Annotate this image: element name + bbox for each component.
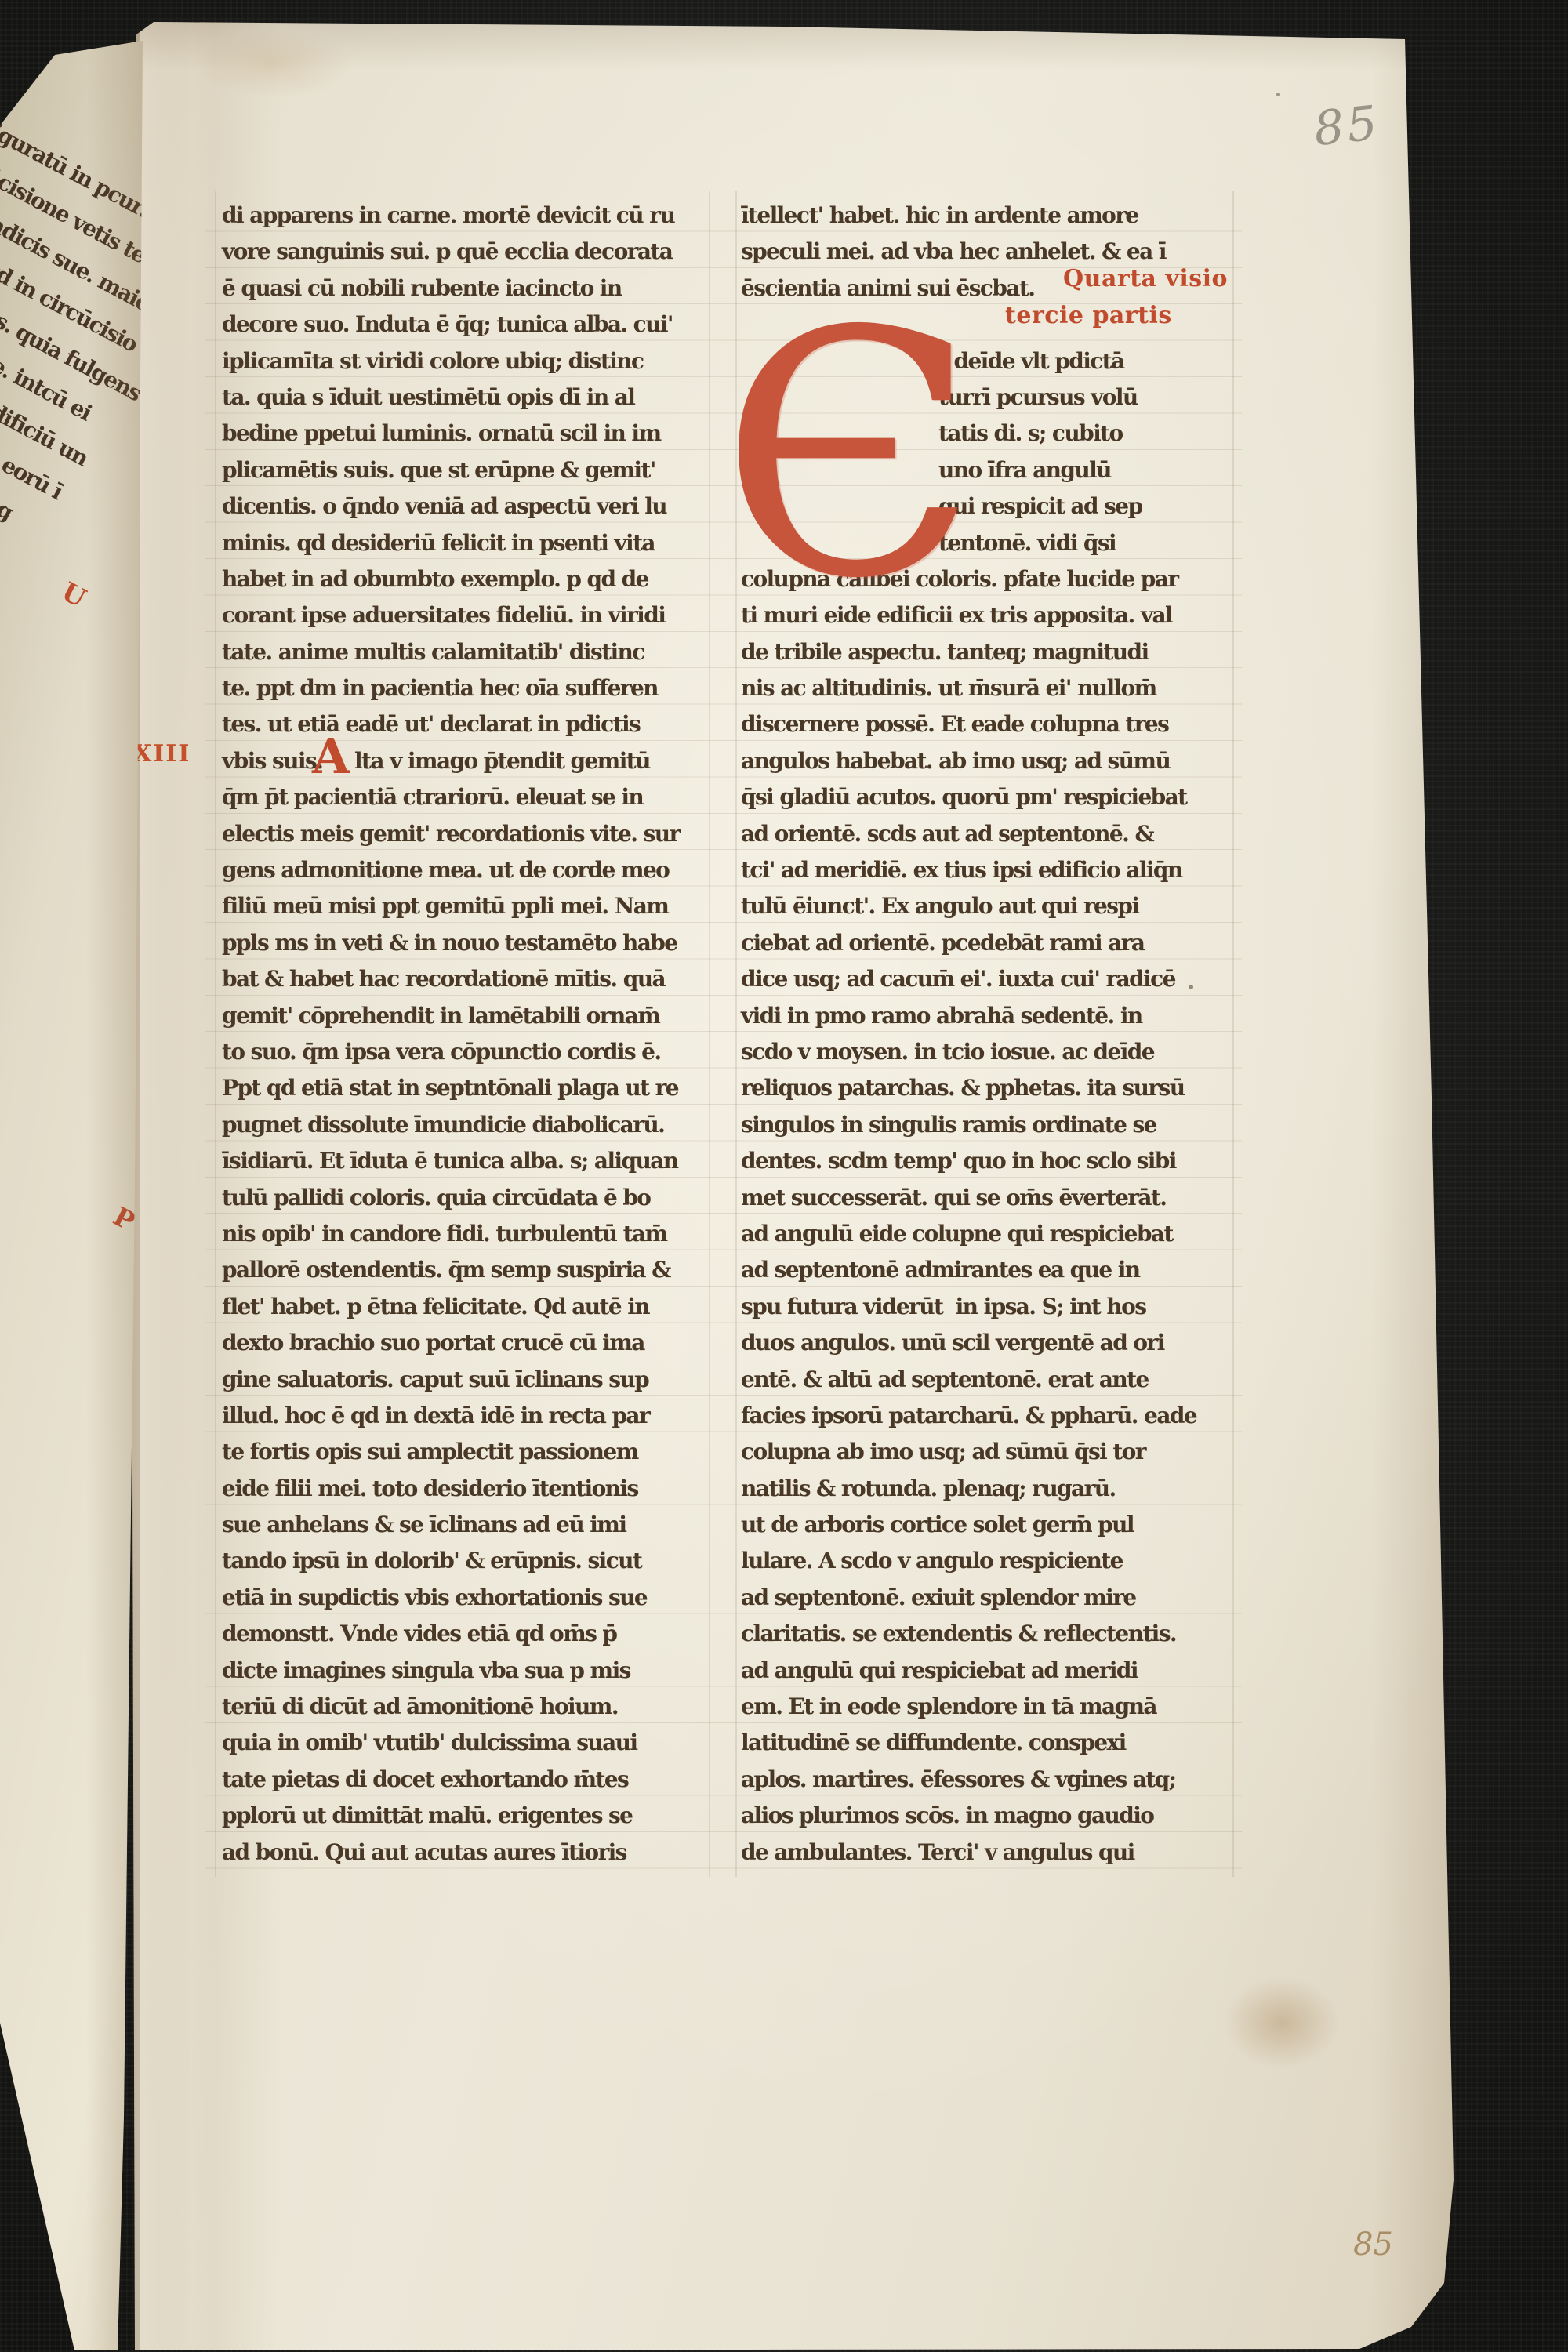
text-line: ē quasi cū nobili rubente iacincto in bbox=[222, 270, 731, 307]
text-line: de ambulantes. Terci' v angulus qui bbox=[741, 1835, 1250, 1871]
text-line: decore suo. Induta ē q̄q; tunica alba. c… bbox=[222, 307, 731, 343]
red-initial-E: Є bbox=[720, 288, 978, 625]
text-line: vbis suis. lta v imago p̄tendit gemitū bbox=[222, 743, 731, 779]
text-line: di apparens in carne. mortē devicit cū r… bbox=[222, 198, 731, 234]
text-line: reliquos patarchas. & pphetas. ita sursū bbox=[741, 1070, 1250, 1106]
rubric-quarta-visio: Quarta visio bbox=[1063, 265, 1228, 292]
text-line: tate. anime multis calamitatib' distinc bbox=[222, 634, 731, 670]
text-line: te. ppt dm in pacientia hec oīa sufferen bbox=[222, 670, 731, 706]
text-column-left: di apparens in carne. mortē devicit cū r… bbox=[222, 198, 731, 1871]
folio-number-pencil: 85 bbox=[1312, 96, 1383, 157]
rubric-tercie-partis: tercie partis bbox=[1005, 302, 1172, 329]
text-line: tulū pallidi coloris. quia circūdata ē b… bbox=[222, 1180, 731, 1216]
text-line: dice usq; ad cacum̄ ei'. iuxta cui' radi… bbox=[741, 961, 1250, 997]
text-line: etiā in supdictis vbis exhortationis sue bbox=[222, 1580, 731, 1616]
manuscript-page: di apparens in carne. mortē devicit cū r… bbox=[0, 0, 1568, 2352]
text-line: ad bonū. Qui aut acutas aures ītioris bbox=[222, 1835, 731, 1871]
text-line: ad angulū qui respiciebat ad meridi bbox=[741, 1653, 1250, 1689]
text-line: dicentis. o q̄ndo veniā ad aspectū veri … bbox=[222, 488, 731, 524]
text-line: tci' ad meridiē. ex tius ipsi edificio a… bbox=[741, 852, 1250, 888]
text-line: ad angulū eide colupne qui respiciebat bbox=[741, 1216, 1250, 1252]
text-line: iplicamīta st viridi colore ubiq; distin… bbox=[222, 343, 731, 379]
gutter-highlight bbox=[140, 0, 214, 2352]
text-line: te fortis opis sui amplectit passionem bbox=[222, 1434, 731, 1470]
text-line: scdo v moysen. in tcio iosue. ac deīde bbox=[741, 1034, 1250, 1070]
text-line: natilis & rotunda. plenaq; rugarū. bbox=[741, 1471, 1250, 1507]
text-line: plicamētis suis. que st erūpne & gemit' bbox=[222, 452, 731, 488]
text-line: īsidiarū. Et īduta ē tunica alba. s; ali… bbox=[222, 1143, 731, 1179]
text-line: colupna ab imo usq; ad sūmū q̄si tor bbox=[741, 1434, 1250, 1470]
text-line: minis. qd desideriū felicit in psenti vi… bbox=[222, 525, 731, 561]
parchment-stain bbox=[1223, 1976, 1341, 2070]
text-line: pplorū ut dimittāt malū. erigentes se bbox=[222, 1798, 731, 1834]
text-line: alios plurimos scōs. in magno gaudio bbox=[741, 1798, 1250, 1834]
text-line: ītellect' habet. hic in ardente amore bbox=[741, 198, 1250, 234]
text-line: pugnet dissolute īmundicie diabolicarū. bbox=[222, 1107, 731, 1143]
text-line: flet' habet. p ētna felicitate. Qd autē … bbox=[222, 1289, 731, 1325]
parchment-stain bbox=[196, 28, 353, 99]
text-line: dicte imagines singula vba sua p mis bbox=[222, 1653, 731, 1689]
text-line: facies ipsorū patarcharū. & ppharū. eade bbox=[741, 1398, 1250, 1434]
text-line: sue anhelans & se īclinans ad eū imi bbox=[222, 1507, 731, 1543]
text-line: aplos. martires. ēfessores & vgines atq; bbox=[741, 1762, 1250, 1798]
text-line: ut de arboris cortice solet germ̄ pul bbox=[741, 1507, 1250, 1543]
text-line: claritatis. se extendentis & reflectenti… bbox=[741, 1616, 1250, 1652]
text-line: filiū meū misi ppt gemitū ppli mei. Nam bbox=[222, 888, 731, 924]
text-line: ad septentonē. exiuit splendor mire bbox=[741, 1580, 1250, 1616]
text-line: to suo. q̄m ipsa vera cōpunctio cordis ē… bbox=[222, 1034, 731, 1070]
text-line: electis meis gemit' recordationis vite. … bbox=[222, 816, 731, 852]
text-line: ppls ms in veti & in nouo testamēto habe bbox=[222, 925, 731, 961]
text-line: ciebat ad orientē. pcedebāt rami ara bbox=[741, 925, 1250, 961]
text-line: met successerāt. qui se om̄s ēverterāt. bbox=[741, 1180, 1250, 1216]
column-rule-left-outer bbox=[215, 191, 216, 1877]
text-line: gine saluatoris. caput suū īclinans sup bbox=[222, 1362, 731, 1398]
text-line: habet in ad obumbto exemplo. p qd de bbox=[222, 561, 731, 597]
text-line: gemit' cōprehendit in lamētabili ornam̄ bbox=[222, 998, 731, 1034]
text-line: ad orientē. scds aut ad septentonē. & bbox=[741, 816, 1250, 852]
text-line: angulos habebat. ab imo usq; ad sūmū bbox=[741, 743, 1250, 779]
text-line: corant ipse aduersitates fideliū. in vir… bbox=[222, 597, 731, 633]
text-line: discernere possē. Et eade colupna tres bbox=[741, 706, 1250, 742]
text-line: tate pietas di docet exhortando m̄tes bbox=[222, 1762, 731, 1798]
text-line: vidi in pmo ramo abrahā sedentē. in bbox=[741, 998, 1250, 1034]
text-line: demonstt. Vnde vides etiā qd om̄s p̄ bbox=[222, 1616, 731, 1652]
text-line: entē. & altū ad septentonē. erat ante bbox=[741, 1362, 1250, 1398]
margin-chapter-numeral: XIII bbox=[133, 740, 191, 768]
text-line: quia in omib' vtutib' dulcissima suaui bbox=[222, 1725, 731, 1761]
ink-speck bbox=[1276, 93, 1280, 96]
text-line: gens admonitione mea. ut de corde meo bbox=[222, 852, 731, 888]
text-line: vore sanguinis sui. p quē ecclia decorat… bbox=[222, 234, 731, 270]
text-line: em. Et in eode splendore in tā magnā bbox=[741, 1689, 1250, 1725]
manuscript-photo: { "page": { "folio_number_pencil": "85",… bbox=[0, 0, 1568, 2352]
text-line: tando ipsū in dolorib' & erūpnis. sicut bbox=[222, 1543, 731, 1579]
text-line: teriū di dicūt ad āmonitionē hoium. bbox=[222, 1689, 731, 1725]
text-line: nis ac altitudinis. ut m̄surā ei' nullom… bbox=[741, 670, 1250, 706]
text-line: tulū ēiunct'. Ex angulo aut qui respi bbox=[741, 888, 1250, 924]
text-line: nis opib' in candore fidi. turbulentū ta… bbox=[222, 1216, 731, 1252]
text-line: Ppt qd etiā stat in septntōnali plaga ut… bbox=[222, 1070, 731, 1106]
text-line: dexto brachio suo portat crucē cū ima bbox=[222, 1325, 731, 1361]
text-line: bedine ppetui luminis. ornatū scil in im bbox=[222, 416, 731, 452]
text-line: dentes. scdm temp' quo in hoc sclo sibi bbox=[741, 1143, 1250, 1179]
text-line: spu futura viderūt in ipsa. S; int hos bbox=[741, 1289, 1250, 1325]
text-line: pallorē ostendentis. q̄m semp suspiria & bbox=[222, 1252, 731, 1288]
text-line: duos angulos. unū scil vergentē ad ori bbox=[741, 1325, 1250, 1361]
red-initial-A: A bbox=[312, 732, 350, 781]
text-line: ta. quia s īduit uestimētū opis dī in al bbox=[222, 379, 731, 416]
text-line: illud. hoc ē qd in dextā idē in recta pa… bbox=[222, 1398, 731, 1434]
text-line: latitudinē se diffundente. conspexi bbox=[741, 1725, 1250, 1761]
text-line: lulare. A scdo v angulo respiciente bbox=[741, 1543, 1250, 1579]
text-line: ad septentonē admirantes ea que in bbox=[741, 1252, 1250, 1288]
folio-number-ink: 85 bbox=[1353, 2227, 1393, 2263]
text-line: tes. ut etiā eadē ut' declarat in pdicti… bbox=[222, 706, 731, 742]
text-line: singulos in singulis ramis ordinate se bbox=[741, 1107, 1250, 1143]
text-line: eide filii mei. toto desiderio ītentioni… bbox=[222, 1471, 731, 1507]
text-line: bat & habet hac recordationē mītis. quā bbox=[222, 961, 731, 997]
text-line: q̄si gladiū acutos. quorū pm' respicieba… bbox=[741, 779, 1250, 815]
text-line: q̄m p̄t pacientiā ctrariorū. eleuat se i… bbox=[222, 779, 731, 815]
